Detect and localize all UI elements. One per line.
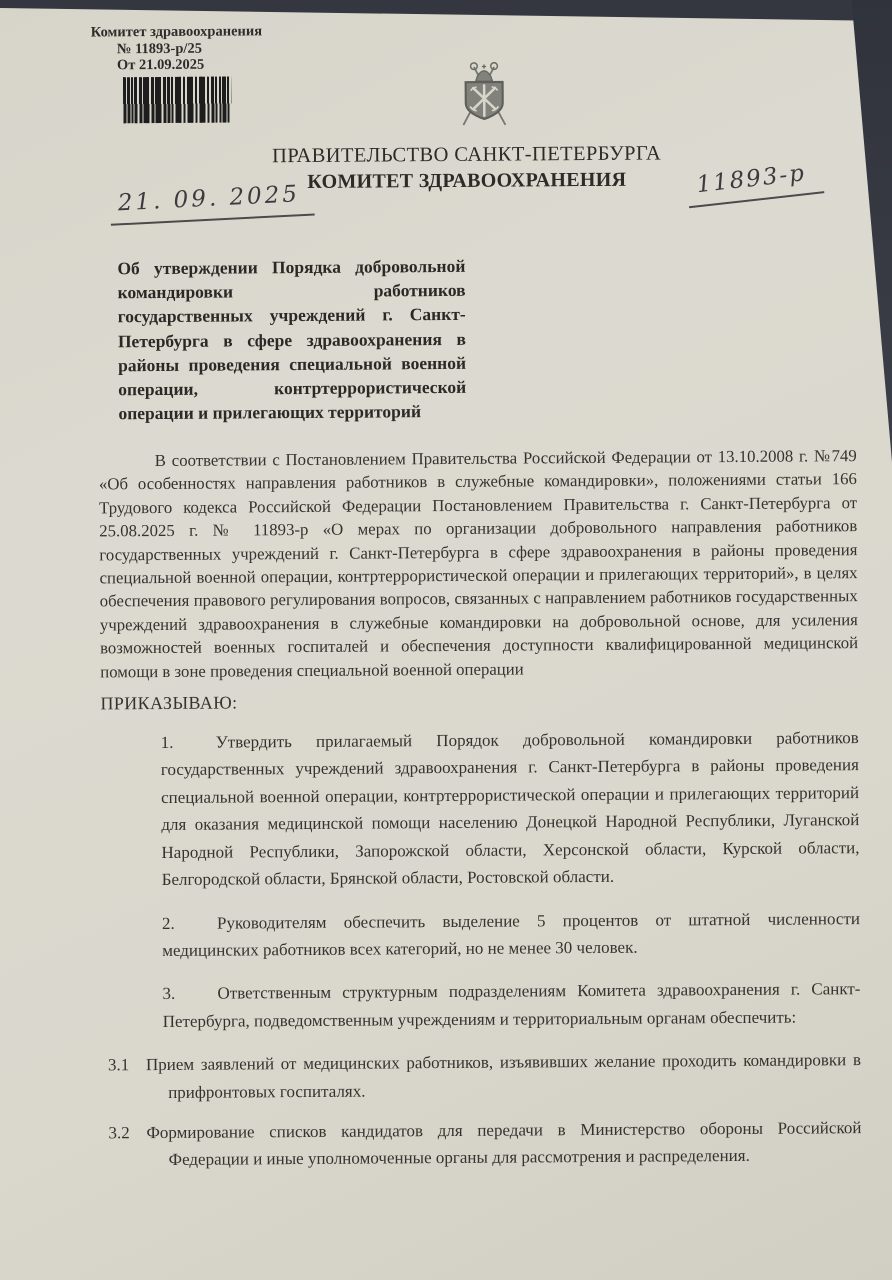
order-item-3: 3.Ответственным структурным подразделени…	[102, 975, 860, 1035]
item-text: Руководителям обеспечить выделение 5 про…	[162, 909, 860, 960]
item-number: 3.	[162, 980, 217, 1008]
subitem-number: 3.2	[108, 1119, 146, 1147]
order-item-1: 1.Утвердить прилагаемый Порядок добровол…	[101, 724, 860, 894]
registration-stamp: Комитет здравоохранения № 11893-р/25 От …	[91, 23, 263, 74]
subitem-text: Прием заявлений от медицинских работнико…	[146, 1050, 861, 1101]
barcode	[123, 76, 231, 123]
document-photo: Комитет здравоохранения № 11893-р/25 От …	[0, 0, 892, 1280]
document-title: Об утверждении Порядка добровольной кома…	[117, 254, 466, 426]
coat-of-arms-icon	[442, 57, 527, 142]
document-body: В соответствии с Постановлением Правител…	[99, 444, 862, 1187]
subitem-number: 3.1	[108, 1051, 146, 1079]
item-text: Ответственным структурным подразделениям…	[163, 979, 861, 1030]
order-subitem-3-2: 3.2Формирование списков кандидатов для п…	[108, 1114, 861, 1174]
item-text: Утвердить прилагаемый Порядок добровольн…	[161, 728, 860, 889]
stamp-date: От 21.09.2025	[91, 56, 262, 74]
stamp-number: № 11893-р/25	[91, 40, 262, 58]
subitem-text: Формирование списков кандидатов для пере…	[146, 1118, 861, 1169]
preamble-paragraph: В соответствии с Постановлением Правител…	[99, 444, 859, 683]
order-subitem-3-1: 3.1Прием заявлений от медицинских работн…	[108, 1046, 861, 1106]
document-content: Комитет здравоохранения № 11893-р/25 От …	[0, 0, 892, 1280]
stamp-committee: Комитет здравоохранения	[91, 23, 262, 41]
order-item-2: 2.Руководителям обеспечить выделение 5 п…	[102, 905, 860, 965]
order-word: ПРИКАЗЫВАЮ:	[100, 688, 858, 714]
item-number: 1.	[161, 729, 216, 757]
item-number: 2.	[162, 909, 217, 937]
